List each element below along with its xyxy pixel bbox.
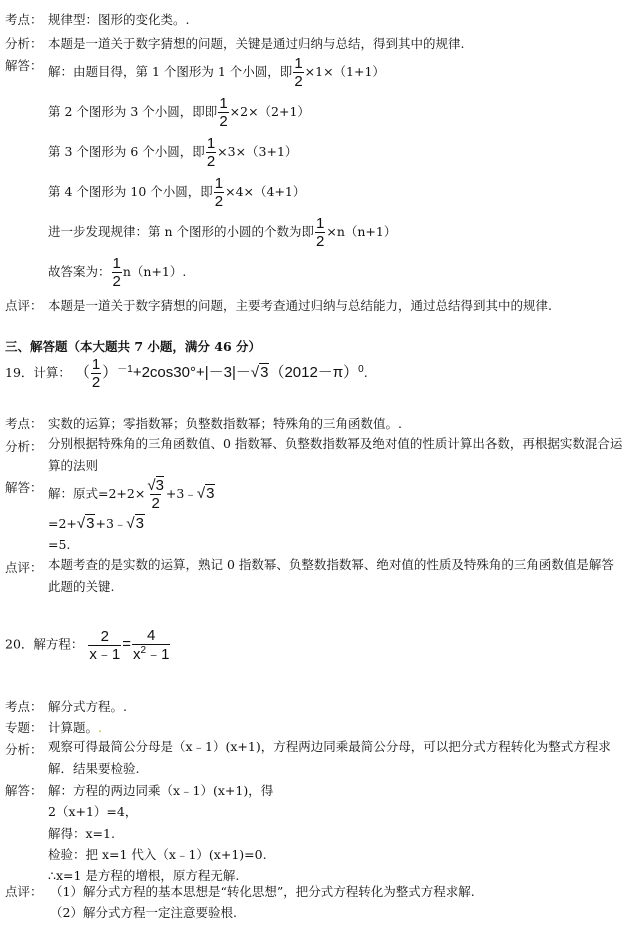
- q20-kaodian: 解分式方程。.: [48, 697, 127, 715]
- label-kaodian: 考点：: [5, 10, 43, 28]
- expression: +2cos30°+|－3|－: [133, 364, 251, 381]
- q20-solution-4: 检验：把 x=1 代入（x﹣1）(x+1)=0.: [48, 845, 267, 863]
- fraction: 12: [206, 136, 216, 169]
- q20-solution-3: 解得：x=1.: [48, 824, 115, 842]
- equals: =: [122, 636, 131, 653]
- q20-solution-1: 解：方程的两边同乘（x﹣1）(x+1)，得: [48, 781, 273, 799]
- step-text: 第 3 个图形为 6 个小圆，即: [48, 144, 205, 159]
- radicand: 3: [259, 363, 269, 381]
- denominator: 2: [293, 72, 303, 89]
- label-fenxi: 分析：: [5, 437, 43, 455]
- question-number: 19．计算：: [5, 365, 71, 380]
- numerator: 1: [91, 357, 101, 373]
- q20-fenxi: 观察可得最简公分母是（x﹣1）(x+1)，方程两边同乘最简公分母，可以把分式方程…: [48, 736, 623, 780]
- solution-text: 解：原式=2+2×: [48, 486, 145, 501]
- denominator: 2: [206, 152, 216, 169]
- fraction-lhs: 2x﹣1: [88, 629, 121, 662]
- fraction: 12: [91, 357, 101, 390]
- q18-step-4: 第 4 个图形为 10 个小圆，即12×4×（4+1）: [48, 176, 305, 209]
- section-title: 三、解答题（本大题共 7 小题，满分 46 分）: [5, 337, 261, 355]
- label-fenxi: 分析：: [5, 34, 43, 52]
- zhuanti-text: 计算题。: [48, 720, 98, 735]
- q19-fenxi: 分别根据特殊角的三角函数值、0 指数幂、负整数指数幂及绝对值的性质计算出各数，再…: [48, 433, 623, 477]
- tail: ﹣1: [146, 646, 169, 663]
- solution-text: +3﹣: [166, 486, 197, 501]
- q18-fenxi: 本题是一道关于数字猜想的问题，关键是通过归纳与总结，得到其中的规律.: [48, 34, 464, 52]
- q19-kaodian: 实数的运算；零指数幂；负整数指数幂；特殊角的三角函数值。.: [48, 414, 402, 432]
- step-text: ×3×（3+1）: [217, 144, 297, 159]
- q18-dianping: 本题是一道关于数字猜想的问题，主要考查通过归纳与总结能力，通过总结得到其中的规律…: [48, 296, 552, 314]
- step-text: ×n（n+1）: [326, 224, 396, 239]
- exponent: －1: [117, 364, 133, 375]
- expression: （2012－π）: [269, 364, 358, 381]
- numerator: 1: [214, 176, 224, 192]
- q19-dianping: 本题考查的是实数的运算，熟记 0 指数幂、负整数指数幂、绝对值的性质及特殊角的三…: [48, 554, 623, 598]
- label-dianping: 点评：: [5, 882, 43, 900]
- mark: .: [98, 720, 102, 735]
- paren: （: [75, 364, 90, 381]
- q20-zhuanti: 计算题。.: [48, 718, 102, 736]
- period: .: [364, 365, 368, 380]
- q18-kaodian: 规律型：图形的变化类。.: [48, 10, 189, 28]
- label-jieda: 解答：: [5, 781, 43, 799]
- q18-step-3: 第 3 个图形为 6 个小圆，即12×3×（3+1）: [48, 136, 297, 169]
- q20-solution-2: 2（x+1）=4，: [48, 802, 137, 820]
- denominator: 2: [91, 373, 101, 390]
- sqrt: √3: [197, 485, 216, 502]
- fraction: 12: [214, 176, 224, 209]
- step-text: 第 2 个图形为 3 个小圆，即即: [48, 104, 217, 119]
- question-number: 20．解方程：: [5, 637, 83, 652]
- fraction: √32: [146, 478, 165, 511]
- fraction-rhs: 4x2﹣1: [132, 628, 170, 662]
- numerator: 4: [146, 628, 156, 644]
- sqrt: √3: [251, 364, 270, 381]
- step-text: ×1×（1+1）: [305, 64, 385, 79]
- radicand: 3: [135, 514, 145, 532]
- denominator: 2: [218, 112, 228, 129]
- step-text: 进一步发现规律：第 n 个图形的小圆的个数为即: [48, 224, 314, 239]
- numerator: 1: [293, 56, 303, 72]
- label-zhuanti: 专题：: [5, 718, 43, 736]
- label-fenxi: 分析：: [5, 740, 43, 758]
- base: x: [133, 646, 141, 663]
- denominator: 2: [150, 494, 160, 511]
- numerator: 1: [206, 136, 216, 152]
- numerator: 2: [100, 629, 110, 645]
- radicand: 3: [205, 484, 215, 502]
- sqrt: √3: [77, 515, 96, 532]
- q19-solution-line1: 解：原式=2+2×√32+3﹣√3: [48, 478, 215, 511]
- radicand: 3: [156, 476, 164, 494]
- label-kaodian: 考点：: [5, 414, 43, 432]
- q18-step-5: 进一步发现规律：第 n 个图形的小圆的个数为即12×n（n+1）: [48, 216, 396, 249]
- step-text: n（n+1）.: [123, 264, 187, 279]
- numerator: 1: [112, 256, 122, 272]
- q18-answer: 故答案为：12n（n+1）.: [48, 256, 186, 289]
- step-text: 故答案为：: [48, 264, 111, 279]
- solution-text: +3﹣: [95, 516, 126, 531]
- fraction: 12: [315, 216, 325, 249]
- q19-question: 19．计算： （12）－1+2cos30°+|－3|－√3（2012－π）0.: [5, 357, 368, 390]
- step-text: 第 4 个图形为 10 个小圆，即: [48, 184, 213, 199]
- radicand: 3: [85, 514, 95, 532]
- label-dianping: 点评：: [5, 558, 43, 576]
- fraction: 12: [218, 96, 228, 129]
- denominator: 2: [112, 272, 122, 289]
- q20-question: 20．解方程： 2x﹣1=4x2﹣1: [5, 628, 171, 662]
- denominator: x2﹣1: [132, 644, 170, 662]
- fraction: 12: [293, 56, 303, 89]
- denominator: 2: [315, 232, 325, 249]
- q18-step-2: 第 2 个图形为 3 个小圆，即即12×2×（2+1）: [48, 96, 310, 129]
- label-dianping: 点评：: [5, 296, 43, 314]
- numerator: √3: [146, 478, 165, 494]
- label-jieda: 解答：: [5, 478, 43, 496]
- numerator: 1: [315, 216, 325, 232]
- step-text: ×2×（2+1）: [230, 104, 310, 119]
- denominator: 2: [214, 192, 224, 209]
- q19-solution-line3: =5.: [48, 537, 70, 552]
- solution-text: =2+: [48, 516, 77, 531]
- sqrt: √3: [126, 515, 145, 532]
- step-text: ×4×（4+1）: [225, 184, 305, 199]
- fraction: 12: [112, 256, 122, 289]
- numerator: 1: [218, 96, 228, 112]
- q19-solution-line2: =2+√3+3﹣√3: [48, 514, 145, 532]
- q18-step-1: 解：由题目得，第 1 个图形为 1 个小圆，即12×1×（1+1）: [48, 56, 385, 89]
- paren: ）: [102, 364, 117, 381]
- q20-dianping-1: （1）解分式方程的基本思想是“转化思想”，把分式方程转化为整式方程求解.: [50, 882, 475, 900]
- q20-dianping-2: （2）解分式方程一定注意要验根.: [50, 903, 237, 921]
- label-jieda: 解答：: [5, 56, 43, 74]
- denominator: x﹣1: [88, 645, 121, 662]
- label-kaodian: 考点：: [5, 697, 43, 715]
- step-text: 解：由题目得，第 1 个图形为 1 个小圆，即: [48, 64, 292, 79]
